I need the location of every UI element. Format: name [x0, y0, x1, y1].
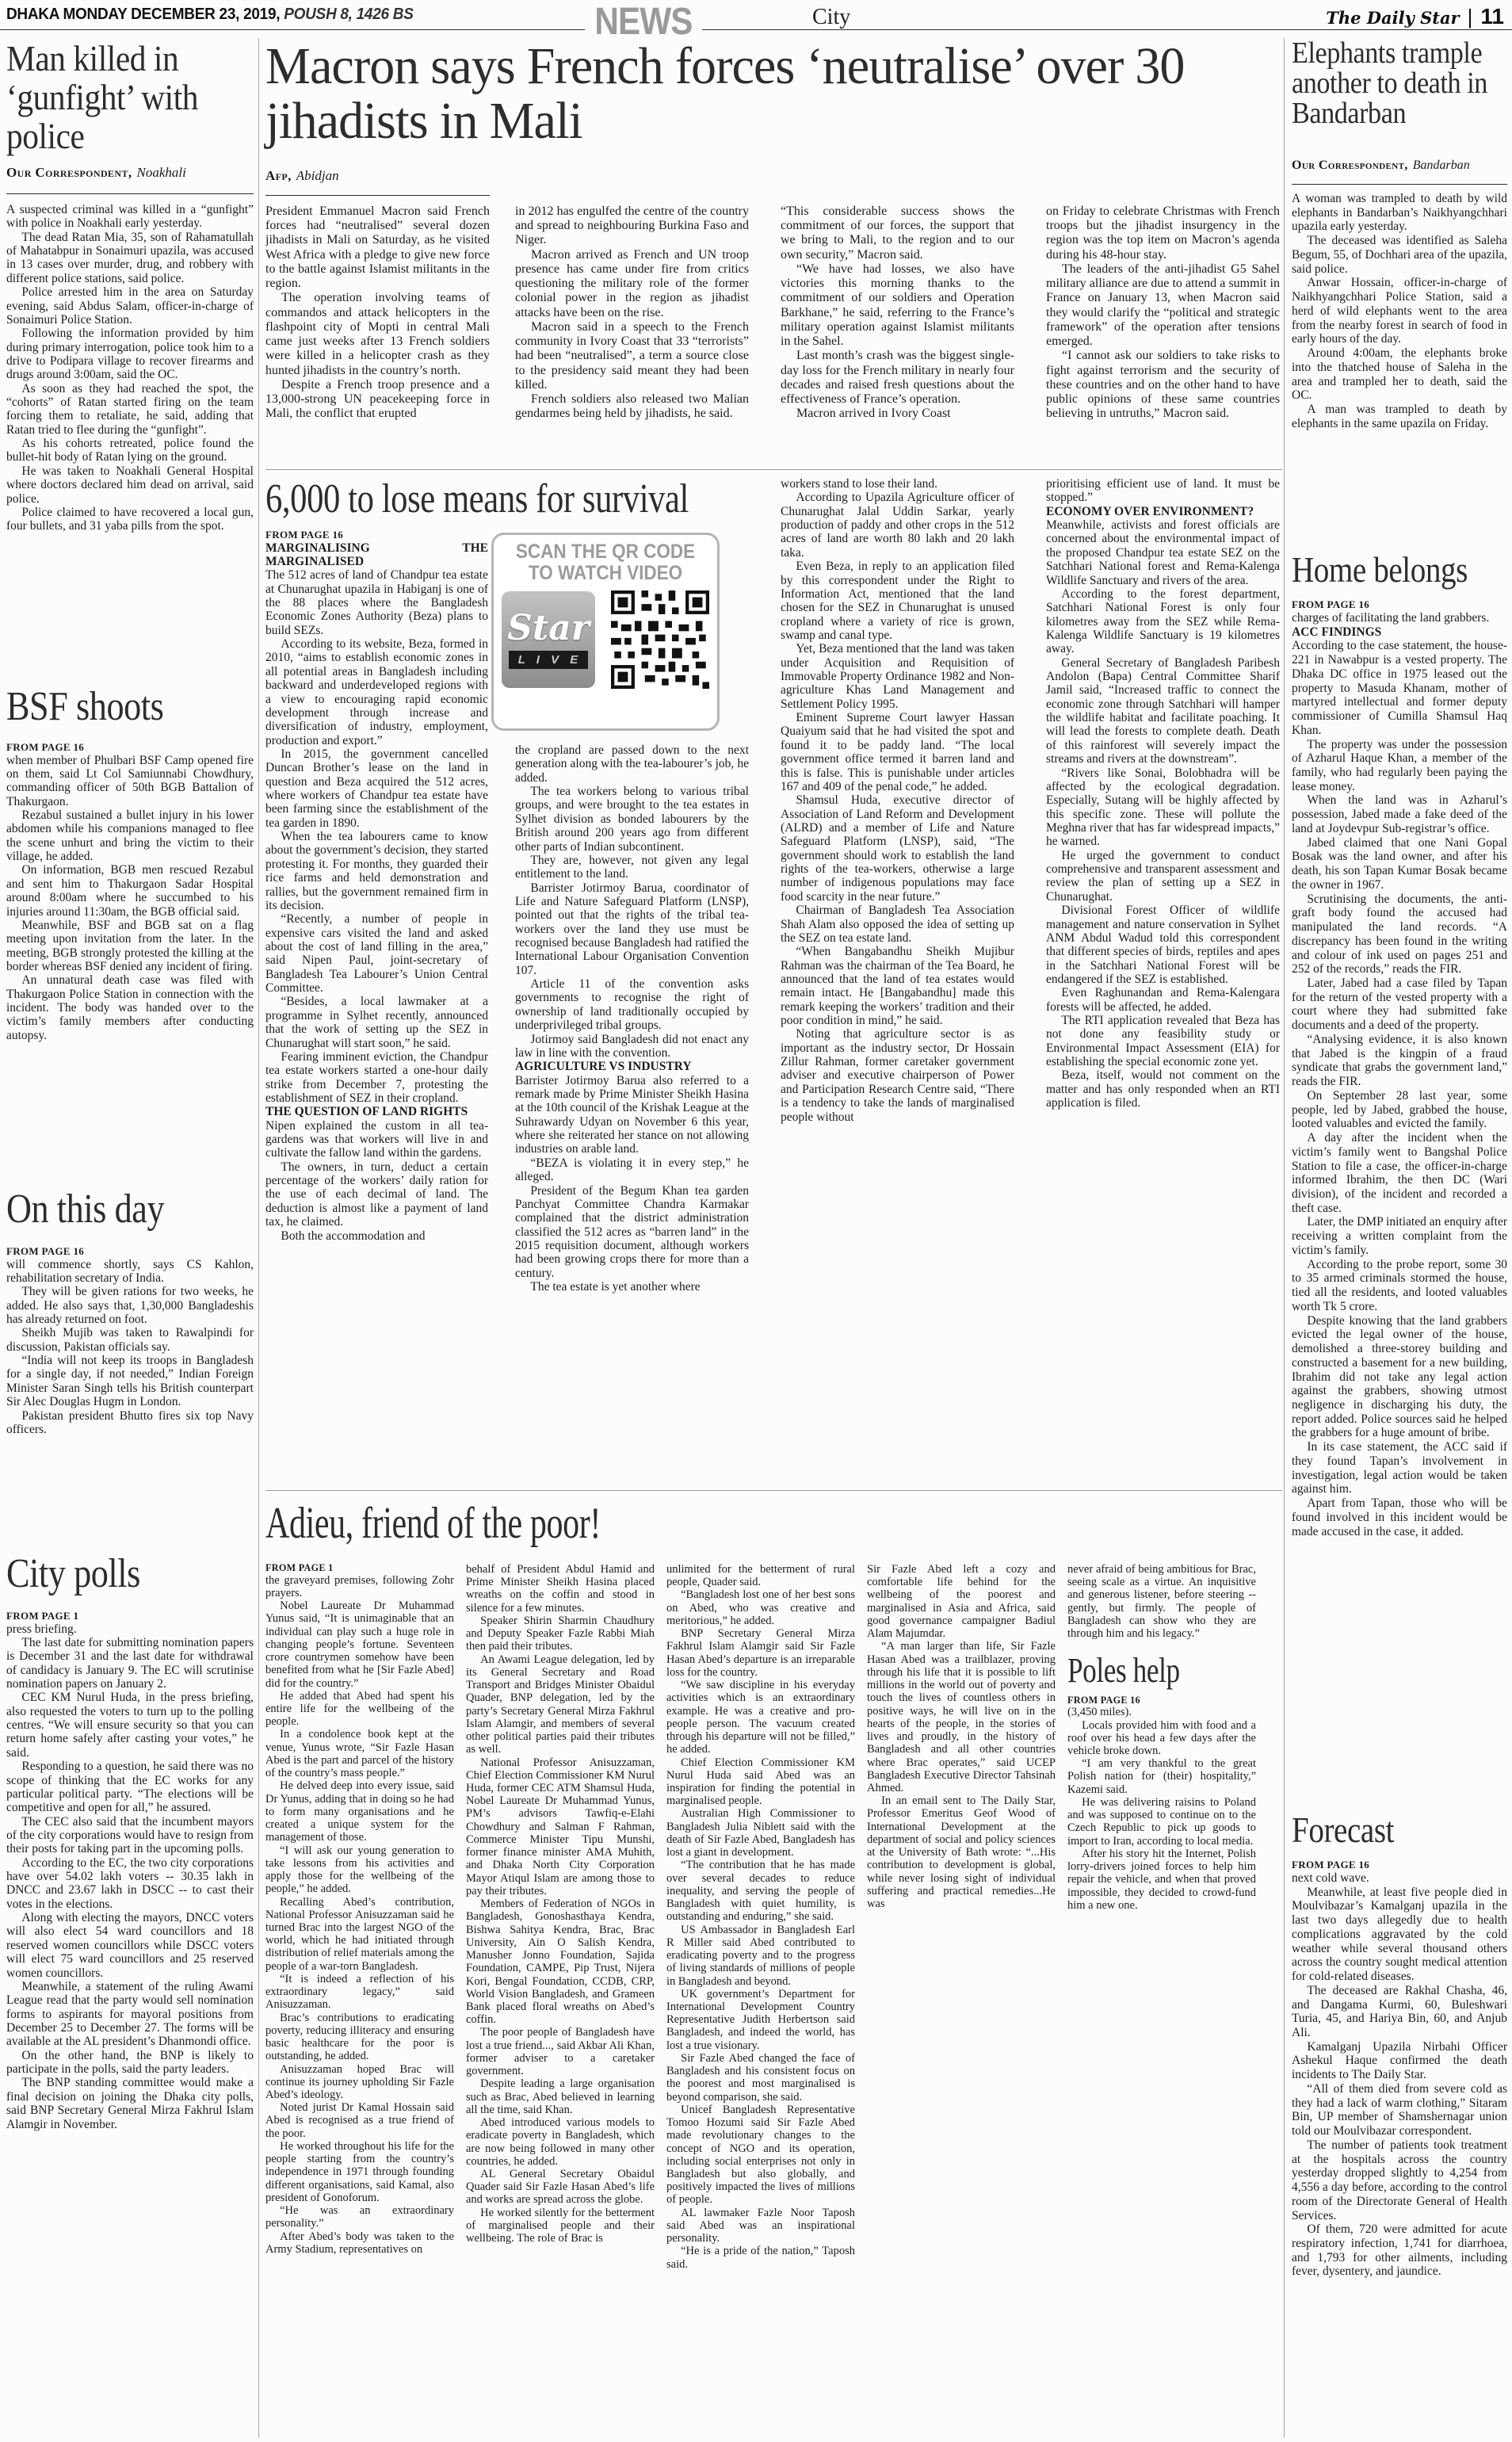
paragraph: As soon as they had reached the spot, th…: [6, 382, 254, 437]
qr-promo-line1: SCAN THE QR CODE: [512, 541, 699, 563]
paragraph: The 512 acres of land of Chandpur tea es…: [265, 568, 488, 637]
survival-column-4: prioritising efficient use of land. It m…: [1046, 477, 1280, 1484]
headline-bsf-shoots: BSF shoots: [6, 683, 191, 730]
byline-rule: [6, 193, 254, 194]
paragraph: He delved deep into every issue, said Dr…: [265, 1779, 454, 1844]
paragraph: prioritising efficient use of land. It m…: [1046, 477, 1280, 505]
qr-promo-line2: TO WATCH VIDEO: [512, 563, 699, 584]
paragraph: Responding to a question, he said there …: [6, 1760, 254, 1814]
paragraph: when member of Phulbari BSF Camp opened …: [6, 754, 254, 808]
paragraph: The deceased was identified as Saleha Be…: [1292, 234, 1507, 276]
paragraph: The dead Ratan Mia, 35, son of Rahamatul…: [6, 231, 254, 285]
daily-star-logo: The Daily Star: [1326, 8, 1459, 28]
paragraph: According to its website, Beza, formed i…: [265, 637, 488, 747]
sub-headline: MARGINALISING THE MARGINALISED: [265, 541, 488, 569]
paragraph: Macron arrived in Ivory Coast: [781, 407, 1014, 421]
paragraph: Members of Federation of NGOs in Banglad…: [466, 1897, 655, 2026]
runover-headline: Poles help: [1067, 1651, 1218, 1690]
paragraph: President Emmanuel Macron said French fo…: [265, 204, 490, 291]
paragraph: Yet, Beza mentioned that the land was ta…: [781, 642, 1014, 711]
paragraph: Speaker Shirin Sharmin Chaudhury and Dep…: [466, 1615, 655, 1653]
article-body-on-this-day: FROM PAGE 16 will commence shortly, says…: [6, 1246, 254, 1547]
paragraph: Shamsul Huda, executive director of Asso…: [781, 793, 1014, 904]
paragraph: In an email sent to The Daily Star, Prof…: [867, 1794, 1056, 1910]
paragraph: After Abed’s body was taken to the Army …: [265, 2230, 454, 2256]
from-page-label: FROM PAGE 16: [1292, 1859, 1507, 1871]
paragraph: A suspected criminal was killed in a “gu…: [6, 203, 254, 231]
headline-elephants: Elephants trample another to death in Ba…: [1292, 38, 1510, 128]
paragraph: A day after the incident when the victim…: [1292, 1131, 1507, 1215]
paragraph: Even Raghunandan and Rema-Kalengara fore…: [1046, 986, 1280, 1014]
paragraph: “We have had losses, we also have victor…: [781, 262, 1014, 349]
section-divider: [265, 469, 1282, 470]
left-column-divider: [258, 38, 259, 2438]
paragraph: “I will ask our young generation to take…: [265, 1844, 454, 1896]
paragraph: Barrister Jotirmoy Barua also referred t…: [515, 1074, 749, 1156]
paragraph: After his story hit the Internet, Polish…: [1067, 1848, 1256, 1912]
right-column-divider: [1284, 38, 1285, 2438]
paragraph: Nipen explained the custom in all tea-ga…: [265, 1119, 488, 1160]
paragraph: “Bangladesh lost one of her best sons on…: [666, 1588, 855, 1627]
paragraph: He added that Abed had spent his entire …: [265, 1690, 454, 1729]
paragraph: Sir Fazle Abed left a cozy and comfortab…: [867, 1563, 1056, 1640]
paragraph: An unnatural death case was filed with T…: [6, 973, 254, 1042]
paragraph: Both the accommodation and: [265, 1229, 488, 1243]
paragraph: “I cannot ask our soldiers to take risks…: [1046, 349, 1280, 421]
headline-macron: Macron says French forces ‘neutralise’ o…: [265, 40, 1284, 148]
macron-column-4: on Friday to celebrate Christmas with Fr…: [1046, 204, 1280, 444]
paragraph: Unicef Bangladesh Representative Tomoo H…: [666, 2104, 855, 2207]
headline-man-killed: Man killed in ‘gunfight’ with police: [6, 40, 257, 155]
paragraph: An Awami League delegation, led by its G…: [466, 1653, 655, 1756]
byline-rule: [265, 195, 490, 196]
paragraph: “BEZA is violating it in every step,” he…: [515, 1156, 749, 1184]
paragraph: Recalling Abed’s contribution, National …: [265, 1896, 454, 1973]
paragraph: The operation involving teams of command…: [265, 291, 490, 377]
header-date: DHAKA MONDAY DECEMBER 23, 2019, POUSH 8,…: [6, 6, 414, 24]
star-live-logo: Star L I V E: [502, 591, 595, 688]
paragraph: In 2015, the government cancelled Duncan…: [265, 747, 488, 830]
bangla-calendar-date: POUSH 8, 1426 BS: [284, 6, 413, 23]
paragraph: Barrister Jotirmoy Barua, coordinator of…: [515, 881, 749, 978]
paragraph: He was delivering raisins to Poland and …: [1067, 1796, 1256, 1848]
paragraph: Anwar Hossain, officer-in-charge of Naik…: [1292, 276, 1507, 346]
paragraph: AL lawmaker Fazle Noor Taposh said Abed …: [666, 2207, 855, 2245]
paragraph: Sheikh Mujib was taken to Rawalpindi for…: [6, 1326, 254, 1354]
paragraph: Noting that agriculture sector is as imp…: [781, 1027, 1014, 1124]
article-body-city-polls: FROM PAGE 1 press briefing.The last date…: [6, 1611, 254, 2435]
paragraph: charges of facilitating the land grabber…: [1292, 611, 1507, 625]
paragraph: Meanwhile, activists and forest official…: [1046, 518, 1280, 587]
paragraph: “When Bangabandhu Sheikh Mujibur Rahman …: [781, 945, 1014, 1027]
paragraph: “Rivers like Sonai, Bolobhadra will be a…: [1046, 766, 1280, 849]
sub-headline: ACC FINDINGS: [1292, 625, 1507, 640]
paragraph: Despite knowing that the land grabbers e…: [1292, 1314, 1507, 1441]
paragraph: (3,450 miles).: [1067, 1706, 1256, 1718]
paragraph: Police arrested him in the area on Satur…: [6, 285, 254, 327]
paragraph: “A man larger than life, Sir Fazle Hasan…: [867, 1640, 1056, 1794]
paragraph: CEC KM Nurul Huda, in the press briefing…: [6, 1691, 254, 1760]
paragraph: AL General Secretary Obaidul Quader said…: [466, 2168, 655, 2207]
paragraph: Jotirmoy said Bangladesh did not enact a…: [515, 1033, 749, 1060]
paragraph: BNP Secretary General Mirza Fakhrul Isla…: [666, 1627, 855, 1679]
article-body-elephants: A woman was trampled to death by wild el…: [1292, 192, 1507, 453]
paragraph: Even Beza, in reply to an application fi…: [781, 560, 1014, 642]
paragraph: Australian High Commissioner to Banglade…: [666, 1807, 855, 1859]
sub-headline: ECONOMY OVER ENVIRONMENT?: [1046, 505, 1280, 518]
adieu-column-3: unlimited for the betterment of rural pe…: [666, 1563, 855, 2435]
paragraph: A man was trampled to death by elephants…: [1292, 403, 1507, 430]
paragraph: “He is a pride of the nation,” Taposh sa…: [666, 2245, 855, 2270]
paragraph: When the land was in Azharul’s possessio…: [1292, 793, 1507, 835]
paragraph: He worked throughout his life for the pe…: [265, 2140, 454, 2204]
paragraph: General Secretary of Bangladesh Paribesh…: [1046, 656, 1280, 766]
from-page-label: FROM PAGE 1: [265, 1563, 454, 1574]
paragraph: next cold wave.: [1292, 1871, 1507, 1886]
survival-column-2: the cropland are passed down to the next…: [515, 743, 749, 1484]
article-body-forecast: FROM PAGE 16 next cold wave.Meanwhile, a…: [1292, 1859, 1507, 2435]
paragraph: The property was under the possession of…: [1292, 738, 1507, 794]
paragraph: will commence shortly, says CS Kahlon, r…: [6, 1258, 254, 1286]
paragraph: Eminent Supreme Court lawyer Hassan Quai…: [781, 711, 1014, 793]
star-logo-text: Star: [507, 611, 590, 646]
from-page-label: FROM PAGE 16: [6, 742, 254, 754]
article-body-home-belongs: FROM PAGE 16 charges of facilitating the…: [1292, 599, 1507, 1798]
paragraph: The tea workers belong to various tribal…: [515, 785, 749, 854]
paragraph: “This considerable success shows the com…: [781, 204, 1014, 262]
paragraph: Chairman of Bangladesh Tea Association S…: [781, 904, 1014, 945]
section-masthead-news: NEWS: [585, 0, 702, 44]
paragraph: President of the Begum Khan tea garden P…: [515, 1184, 749, 1281]
paragraph: “The contribution that he has made over …: [666, 1859, 855, 1923]
macron-column-1: President Emmanuel Macron said French fo…: [265, 204, 490, 444]
headline-survival: 6,000 to lose means for survival: [265, 476, 781, 522]
sub-headline: AGRICULTURE VS INDUSTRY: [515, 1060, 749, 1073]
paragraph: workers stand to lose their land.: [781, 477, 1014, 491]
paragraph: UK government’s Department for Internati…: [666, 1988, 855, 2052]
paragraph: “We saw discipline in his everyday activ…: [666, 1679, 855, 1756]
date-text: DHAKA MONDAY DECEMBER 23, 2019,: [6, 6, 280, 23]
from-page-label: FROM PAGE 16: [6, 1246, 254, 1258]
paragraph: The CEC also said that the incumbent may…: [6, 1815, 254, 1856]
live-logo-text: L I V E: [509, 651, 589, 669]
qr-promo-text: SCAN THE QR CODE TO WATCH VIDEO: [512, 541, 699, 584]
qr-code-icon: [611, 590, 709, 689]
paragraph: On the other hand, the BNP is likely to …: [6, 2049, 254, 2077]
paragraph: French soldiers also released two Malian…: [515, 392, 749, 421]
byline-man-killed: Our Correspondent,Noakhali: [6, 165, 186, 181]
headline-adieu: Adieu, friend of the poor!: [265, 1498, 712, 1549]
paragraph: unlimited for the betterment of rural pe…: [666, 1563, 855, 1588]
paragraph: Beza, itself, would not comment on the m…: [1046, 1068, 1280, 1110]
paragraph: Nobel Laureate Dr Muhammad Yunus said, “…: [265, 1599, 454, 1690]
paragraph: the cropland are passed down to the next…: [515, 743, 749, 785]
paragraph: In its case statement, the ACC said if t…: [1292, 1440, 1507, 1496]
paragraph: Apart from Tapan, those who will be foun…: [1292, 1496, 1507, 1538]
paragraph: The owners, in turn, deduct a certain pe…: [265, 1160, 488, 1229]
paragraph: Meanwhile, a statement of the ruling Awa…: [6, 1980, 254, 2049]
paragraph: A woman was trampled to death by wild el…: [1292, 192, 1507, 234]
paragraph: Anisuzzaman hoped Brac will continue its…: [265, 2063, 454, 2102]
paragraph: Locals provided him with food and a roof…: [1067, 1719, 1256, 1758]
headline-city-polls: City polls: [6, 1550, 164, 1597]
byline-rule: [1292, 184, 1507, 185]
survival-column-1: FROM PAGE 16MARGINALISING THE MARGINALIS…: [265, 529, 488, 1484]
paragraph: Last month’s crash was the biggest singl…: [781, 349, 1014, 407]
paragraph: Meanwhile, BSF and BGB sat on a flag mee…: [6, 919, 254, 973]
paragraph: The last date for submitting nomination …: [6, 1636, 254, 1691]
byline-elephants: Our Correspondent,Bandarban: [1292, 159, 1470, 173]
paragraph: They are, however, not given any legal e…: [515, 854, 749, 881]
paragraph: “India will not keep its troops in Bangl…: [6, 1354, 254, 1408]
paragraph: Macron said in a speech to the French co…: [515, 320, 749, 392]
masthead: The Daily Star | 11: [1326, 4, 1504, 29]
paragraph: As his cohorts retreated, police found t…: [6, 437, 254, 464]
paragraph: “Analysing evidence, it is also known th…: [1292, 1033, 1507, 1089]
headline-forecast: Forecast: [1292, 1809, 1412, 1851]
paragraph: On information, BGB men rescued Rezabul …: [6, 863, 254, 918]
paragraph: The BNP standing committee would make a …: [6, 2076, 254, 2131]
paragraph: Despite a French troop presence and a 13…: [265, 378, 490, 422]
paragraph: When the tea labourers came to know abou…: [265, 830, 488, 912]
paragraph: The RTI application revealed that Beza h…: [1046, 1014, 1280, 1068]
newspaper-page: { "header": { "date_line": "DHAKA MONDAY…: [0, 0, 1512, 2442]
adieu-column-5-with-poles-help: never afraid of being ambitious for Brac…: [1067, 1563, 1256, 2435]
page-label-city: City: [812, 5, 850, 30]
from-page-label: FROM PAGE 16: [265, 529, 488, 541]
paragraph: Noted jurist Dr Kamal Hossain said Abed …: [265, 2101, 454, 2140]
paragraph: “Recently, a number of people in expensi…: [265, 912, 488, 995]
paragraph: He was taken to Noakhali General Hospita…: [6, 464, 254, 506]
paragraph: “All of them died from severe cold as th…: [1292, 2082, 1507, 2138]
paragraph: Brac’s contributions to eradicating pove…: [265, 2012, 454, 2063]
paragraph: Following the information provided by hi…: [6, 327, 254, 381]
headline-on-this-day: On this day: [6, 1186, 192, 1232]
paragraph: In a condolence book kept at the venue, …: [265, 1728, 454, 1779]
paragraph: Of them, 720 were admitted for acute res…: [1292, 2222, 1507, 2279]
paragraph: Article 11 of the convention asks govern…: [515, 977, 749, 1032]
adieu-column-4: Sir Fazle Abed left a cozy and comfortab…: [867, 1563, 1056, 2435]
paragraph: “He was an extraordinary personality.”: [265, 2204, 454, 2230]
paragraph: They will be given rations for two weeks…: [6, 1285, 254, 1326]
paragraph: Later, the DMP initiated an enquiry afte…: [1292, 1215, 1507, 1257]
paragraph: Later, Jabed had a case filed by Tapan f…: [1292, 976, 1507, 1033]
paragraph: Around 4:00am, the elephants broke into …: [1292, 346, 1507, 403]
paragraph: The poor people of Bangladesh have lost …: [466, 2026, 655, 2077]
paragraph: Scrutinising the documents, the anti-gra…: [1292, 892, 1507, 976]
paragraph: “It is indeed a reflection of his extrao…: [265, 1973, 454, 2012]
paragraph: The leaders of the anti-jihadist G5 Sahe…: [1046, 262, 1280, 349]
paragraph: Meanwhile, at least five people died in …: [1292, 1886, 1507, 1984]
paragraph: He worked silently for the betterment of…: [466, 2207, 655, 2245]
paragraph: According to the EC, the two city corpor…: [6, 1856, 254, 1911]
paragraph: Rezabul sustained a bullet injury in his…: [6, 808, 254, 863]
paragraph: Despite leading a large organisation suc…: [466, 2077, 655, 2116]
paragraph: According to the probe report, some 30 t…: [1292, 1258, 1507, 1314]
article-body-man-killed: A suspected criminal was killed in a “gu…: [6, 203, 254, 678]
byline-macron: Afp,Abidjan: [265, 168, 339, 184]
paragraph: US Ambassador in Bangladesh Earl R Mille…: [666, 1924, 855, 1988]
paragraph: Abed introduced various models to eradic…: [466, 2116, 655, 2168]
paragraph: the graveyard premises, following Zohr p…: [265, 1574, 454, 1599]
paragraph: Fearing imminent eviction, the Chandpur …: [265, 1050, 488, 1105]
adieu-column-2: behalf of President Abdul Hamid and Prim…: [466, 1563, 655, 2435]
paragraph: Police claimed to have recovered a local…: [6, 506, 254, 533]
paragraph: According to the case statement, the hou…: [1292, 639, 1507, 737]
paragraph: Divisional Forest Officer of wildlife ma…: [1046, 904, 1280, 986]
paragraph: On September 28 last year, some people, …: [1292, 1089, 1507, 1131]
paragraph: The deceased are Rakhal Chasha, 46, and …: [1292, 1984, 1507, 2040]
paragraph: in 2012 has engulfed the centre of the c…: [515, 204, 749, 248]
qr-promo-block: SCAN THE QR CODE TO WATCH VIDEO Star L I…: [491, 533, 720, 731]
article-body-bsf-shoots: FROM PAGE 16 when member of Phulbari BSF…: [6, 742, 254, 1183]
from-page-label: FROM PAGE 16: [1067, 1695, 1256, 1706]
paragraph: According to Upazila Agriculture officer…: [781, 491, 1014, 560]
macron-column-3: “This considerable success shows the com…: [781, 204, 1014, 444]
paragraph: Kamalganj Upazila Nirbahi Officer Asheku…: [1292, 2040, 1507, 2082]
section-divider: [265, 1490, 1282, 1491]
survival-column-3: workers stand to lose their land.Accordi…: [781, 477, 1014, 1484]
macron-column-2: in 2012 has engulfed the centre of the c…: [515, 204, 749, 444]
headline-home-belongs: Home belongs: [1292, 548, 1499, 590]
paragraph: He urged the government to conduct compr…: [1046, 849, 1280, 904]
from-page-label: FROM PAGE 1: [6, 1611, 254, 1622]
paragraph: never afraid of being ambitious for Brac…: [1067, 1563, 1256, 1640]
header-rule: [0, 29, 1512, 30]
adieu-column-1: FROM PAGE 1the graveyard premises, follo…: [265, 1563, 454, 2435]
paragraph: Jabed claimed that one Nani Gopal Bosak …: [1292, 836, 1507, 892]
sub-headline: THE QUESTION OF LAND RIGHTS: [265, 1105, 488, 1118]
paragraph: on Friday to celebrate Christmas with Fr…: [1046, 204, 1280, 262]
paragraph: behalf of President Abdul Hamid and Prim…: [466, 1563, 655, 1615]
masthead-separator: |: [1468, 5, 1473, 29]
paragraph: According to the forest department, Satc…: [1046, 587, 1280, 656]
paragraph: Along with electing the mayors, DNCC vot…: [6, 1911, 254, 1980]
paragraph: Macron arrived as French and UN troop pr…: [515, 248, 749, 320]
from-page-label: FROM PAGE 16: [1292, 599, 1507, 611]
paragraph: The tea estate is yet another where: [515, 1280, 749, 1294]
paragraph: Sir Fazle Abed changed the face of Bangl…: [666, 2052, 855, 2104]
paragraph: The number of patients took treatment at…: [1292, 2138, 1507, 2222]
paragraph: National Professor Anisuzzaman, Chief El…: [466, 1756, 655, 1898]
paragraph: “Besides, a local lawmaker at a programm…: [265, 995, 488, 1049]
paragraph: press briefing.: [6, 1622, 254, 1636]
paragraph: Pakistan president Bhutto fires six top …: [6, 1409, 254, 1437]
paragraph: “I am very thankful to the great Polish …: [1067, 1757, 1256, 1796]
paragraph: Chief Election Commissioner KM Nurul Hud…: [666, 1756, 855, 1808]
page-number: 11: [1480, 4, 1504, 29]
